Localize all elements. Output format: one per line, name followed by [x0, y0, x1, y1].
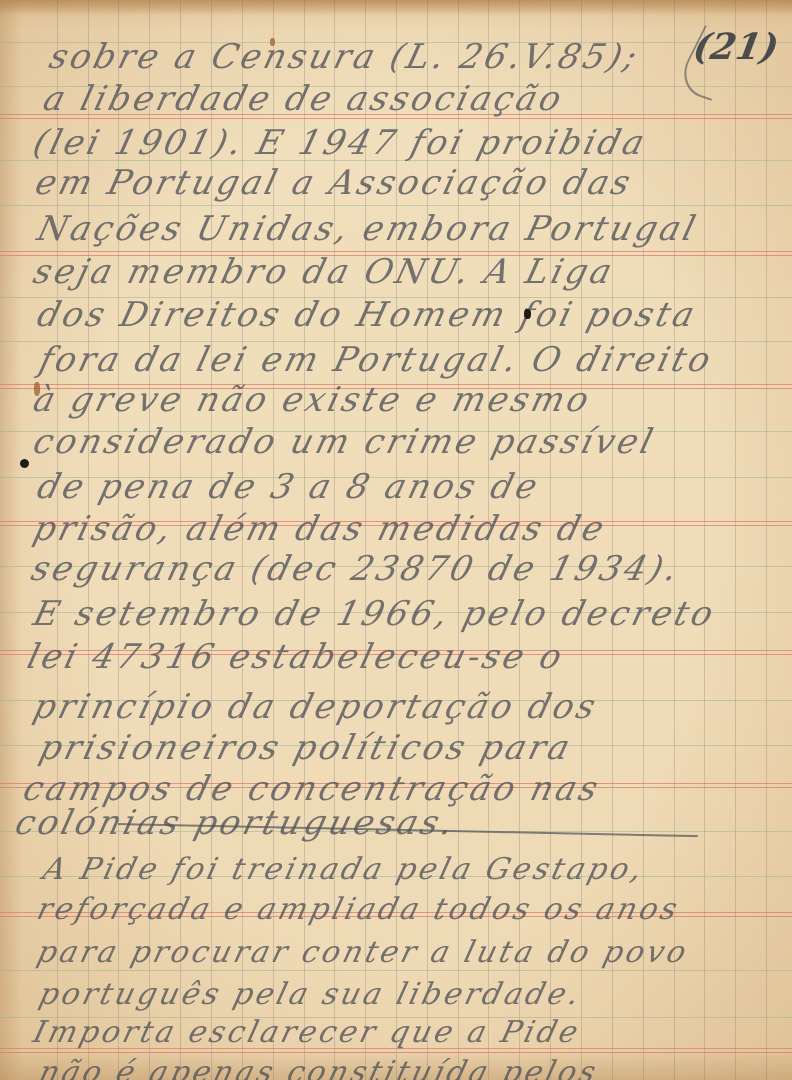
text-line: para procurar conter a luta do povo [34, 938, 792, 968]
text-line: português pela sua liberdade. [36, 980, 792, 1010]
text-line: A Pide foi treinada pela Gestapo, [40, 855, 792, 885]
text-line: prisioneiros políticos para [36, 731, 792, 765]
notebook-page: (21) sobre a Censura (L. 26.V.85); a lib… [0, 0, 792, 1080]
text-line: E setembro de 1966, pelo decreto [30, 597, 792, 631]
text-line: em Portugal a Associação das [32, 166, 792, 200]
text-line: reforçada e ampliada todos os anos [34, 895, 792, 925]
text-line: a liberdade de associação [40, 82, 792, 116]
left-edge-shadow [0, 0, 22, 1080]
ink-blot [20, 459, 29, 468]
text-line: segurança (dec 23870 de 1934). [28, 552, 792, 586]
text-line: princípio da deportação dos [30, 690, 792, 724]
text-line: dos Direitos do Homem foi posta [34, 298, 792, 332]
text-line: campos de concentração nas [20, 772, 792, 806]
rust-stain [270, 38, 275, 46]
text-line: seja membro da ONU. A Liga [30, 255, 792, 289]
text-line: de pena de 3 a 8 anos de [34, 470, 792, 504]
text-line: sobre a Censura (L. 26.V.85); [46, 40, 792, 74]
text-line: fora da lei em Portugal. O direito [36, 343, 792, 377]
text-line: Nações Unidas, embora Portugal [34, 212, 792, 246]
green-rule [0, 970, 792, 971]
text-line: lei 47316 estabeleceu-se o [24, 640, 792, 674]
rust-stain [34, 382, 40, 396]
ink-blot [524, 309, 531, 319]
text-line: (lei 1901). E 1947 foi proibida [30, 126, 792, 160]
text-line: à greve não existe e mesmo [30, 383, 792, 417]
text-line: considerado um crime passível [30, 425, 792, 459]
text-line: prisão, além das medidas de [30, 512, 792, 546]
text-line: Importa esclarecer que a Pide [30, 1018, 792, 1048]
text-line: não é apenas constituída pelos [36, 1058, 792, 1080]
green-rule [0, 205, 792, 206]
